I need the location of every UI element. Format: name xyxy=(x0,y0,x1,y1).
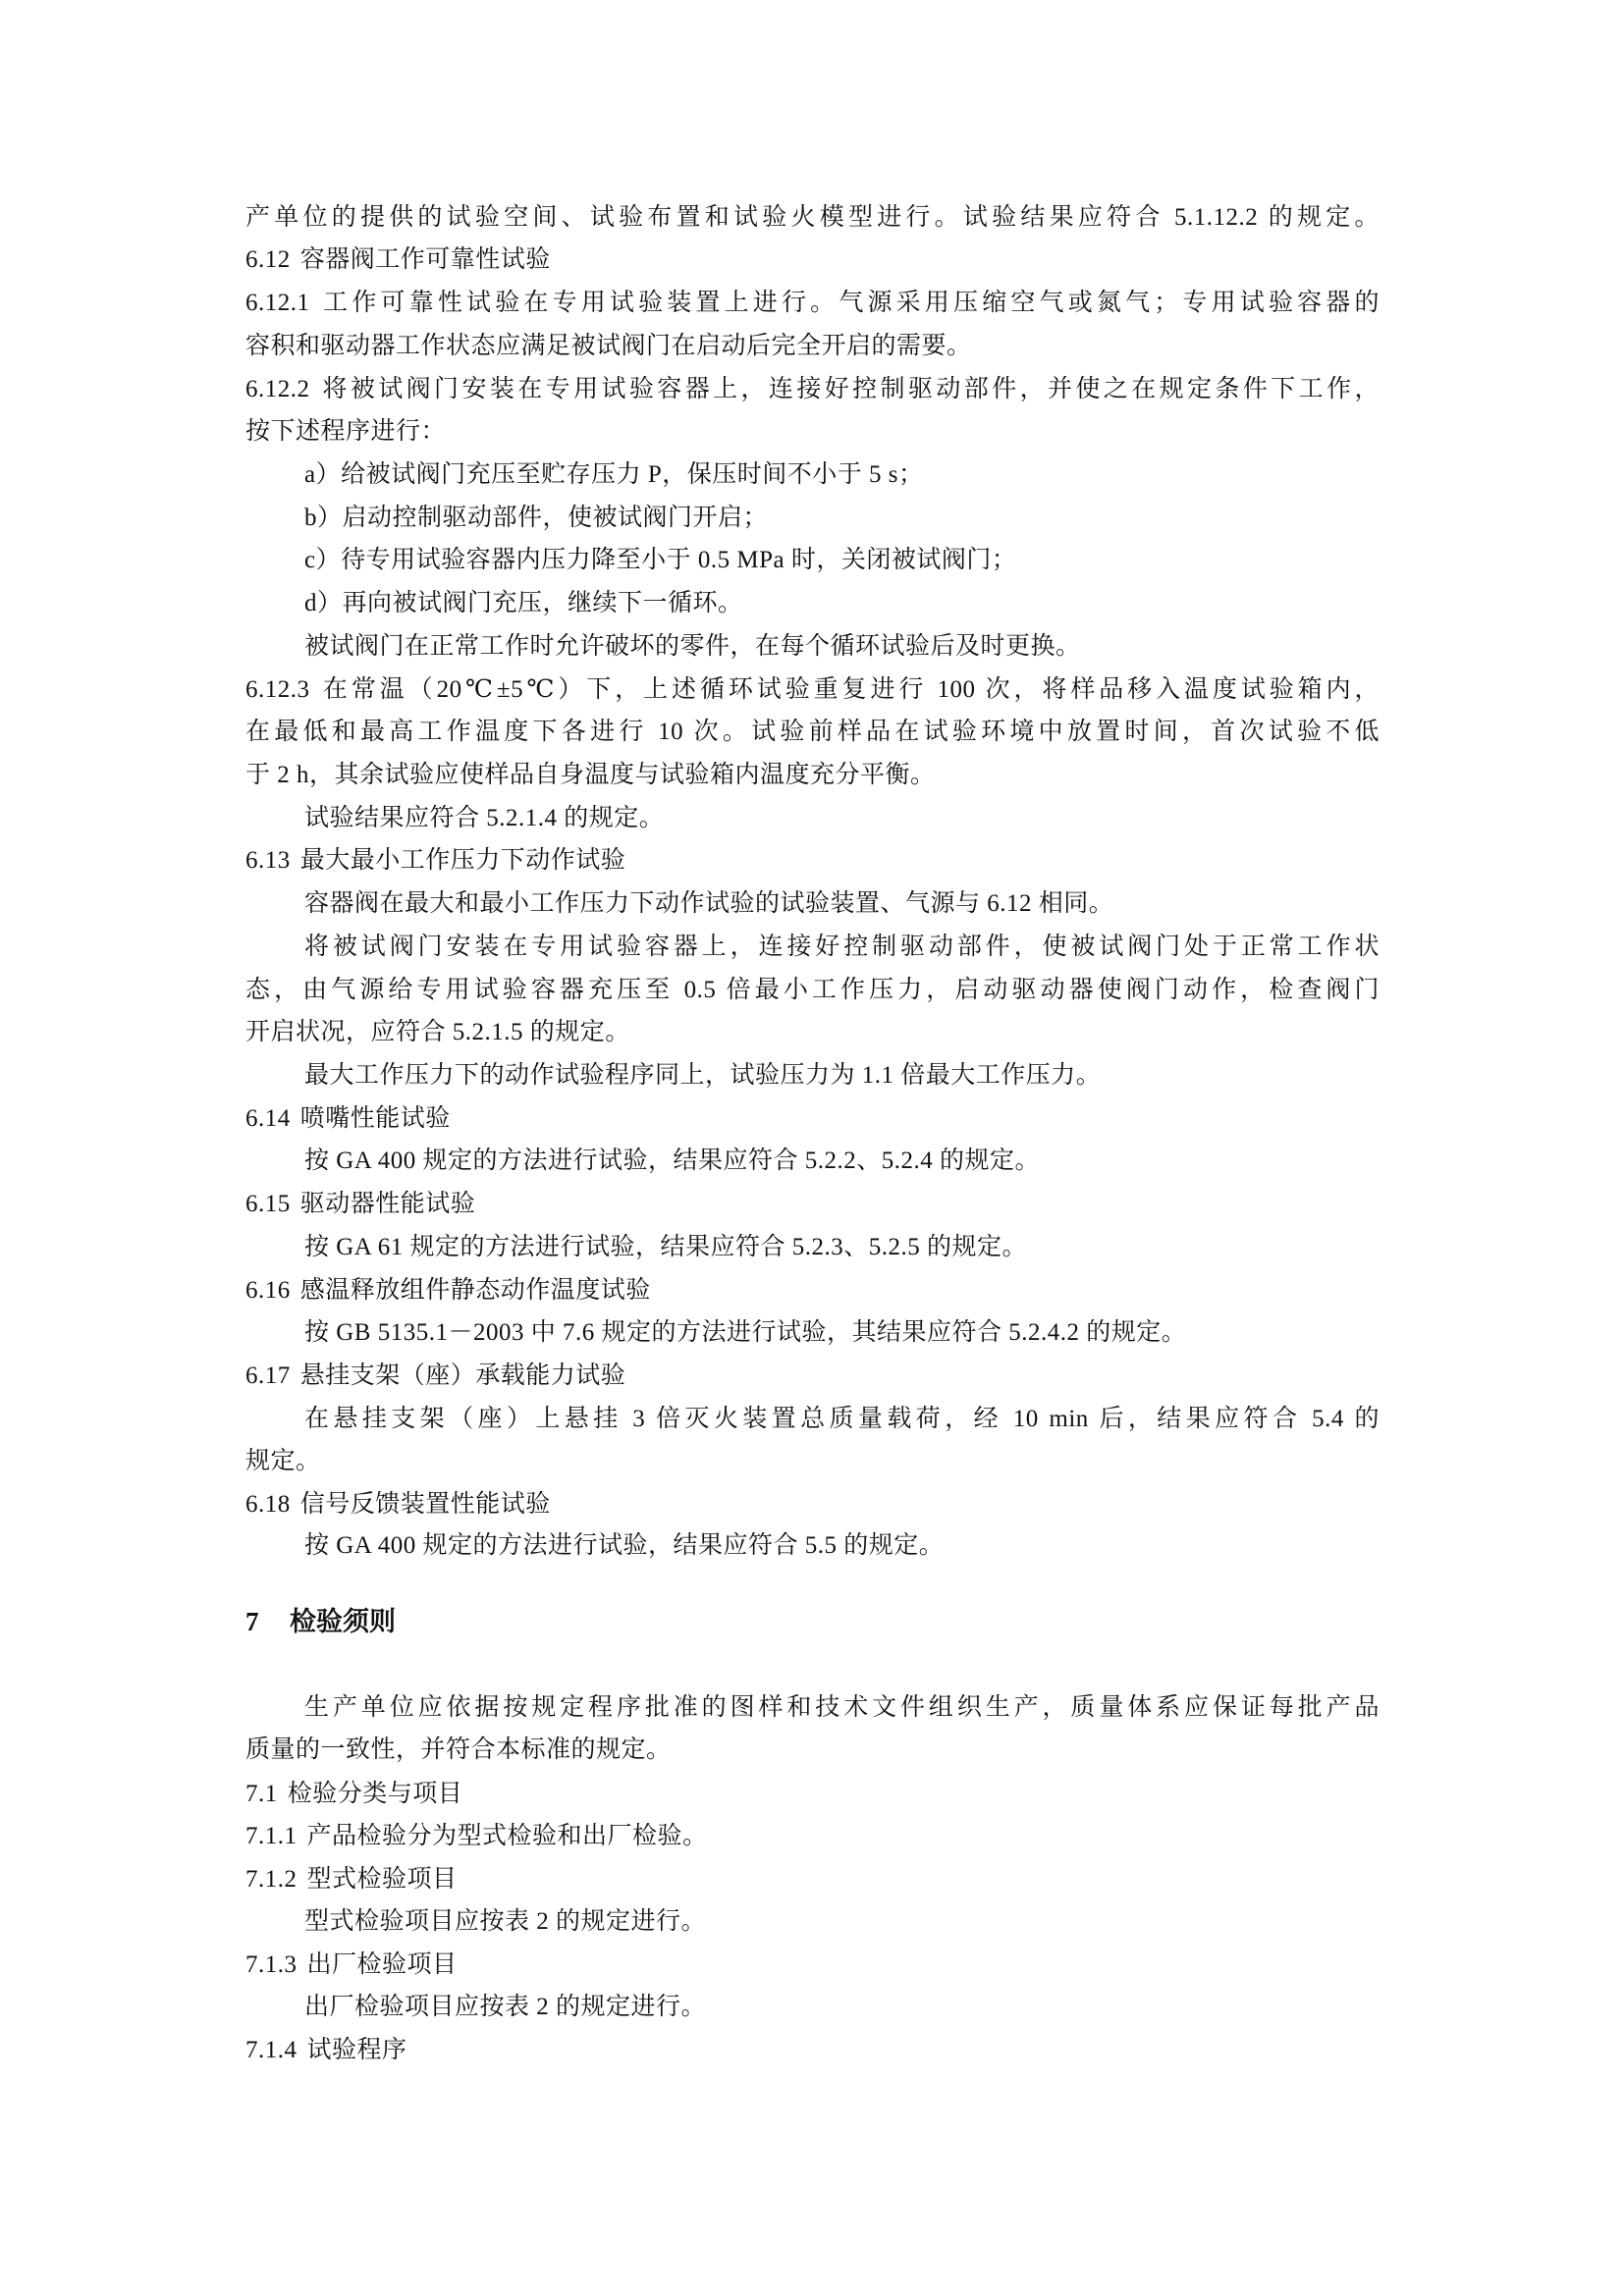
clause-number: 6.17 xyxy=(245,1362,291,1389)
paragraph-line: 试验结果应符合 5.2.1.4 的规定。 xyxy=(304,804,664,833)
clause-heading-7-1-4: 7.1.4试验程序 xyxy=(245,2036,407,2065)
clause-title: 驱动器性能试验 xyxy=(300,1191,476,1217)
clause-number: 6.13 xyxy=(245,847,291,874)
clause-number: 6.16 xyxy=(245,1277,291,1304)
paragraph-line: 容器阀在最大和最小工作压力下动作试验的试验装置、气源与 6.12 相同。 xyxy=(304,889,1113,919)
section-title: 检验须则 xyxy=(290,1607,396,1636)
clause-heading-6-18: 6.18信号反馈装置性能试验 xyxy=(245,1490,551,1520)
clause-number: 6.12.2 xyxy=(245,376,310,402)
clause-title: 信号反馈装置性能试验 xyxy=(300,1491,551,1518)
clause-6-12-2: 6.12.2将被试阀门安装在专用试验容器上，连接好控制驱动部件，并使之在规定条件… xyxy=(245,375,1380,404)
clause-title: 最大最小工作压力下动作试验 xyxy=(300,847,626,874)
clause-text: 产品检验分为型式检验和出厂检验。 xyxy=(307,1823,708,1849)
clause-number: 6.15 xyxy=(245,1191,291,1217)
list-item-b: b）启动控制驱动部件，使被试阀门开启； xyxy=(304,504,768,533)
paragraph-line: 于 2 h，其余试验应使样品自身温度与试验箱内温度充分平衡。 xyxy=(245,761,936,790)
paragraph-line: 规定。 xyxy=(245,1447,321,1476)
clause-text: 将被试阀门安装在专用试验容器上，连接好控制驱动部件，并使之在规定条件下工作， xyxy=(320,376,1380,402)
clause-number: 6.14 xyxy=(245,1105,291,1132)
section-heading-7: 7检验须则 xyxy=(245,1606,396,1637)
clause-heading-6-13: 6.13最大最小工作压力下动作试验 xyxy=(245,846,625,876)
list-item-d: d）再向被试阀门充压，继续下一循环。 xyxy=(304,589,743,618)
list-item-a: a）给被试阀门充压至贮存压力 P，保压时间不小于 5 s； xyxy=(304,460,923,490)
clause-heading-6-15: 6.15驱动器性能试验 xyxy=(245,1190,475,1219)
clause-text: 在常温（20℃±5℃）下，上述循环试验重复进行 100 次，将样品移入温度试验箱… xyxy=(320,676,1380,703)
clause-title: 型式检验项目 xyxy=(307,1866,458,1893)
clause-heading-6-12: 6.12容器阀工作可靠性试验 xyxy=(245,245,551,275)
clause-number: 7.1.3 xyxy=(245,1951,298,1978)
clause-text: 工作可靠性试验在专用试验装置上进行。气源采用压缩空气或氮气；专用试验容器的 xyxy=(320,290,1380,316)
clause-number: 6.12 xyxy=(245,246,291,273)
clause-number: 6.18 xyxy=(245,1491,291,1518)
clause-number: 6.12.1 xyxy=(245,290,310,316)
clause-title: 出厂检验项目 xyxy=(307,1951,458,1978)
clause-heading-7-1: 7.1检验分类与项目 xyxy=(245,1780,462,1809)
clause-number: 6.12.3 xyxy=(245,676,310,703)
clause-title: 试验程序 xyxy=(307,2037,407,2063)
clause-number: 7.1.2 xyxy=(245,1866,298,1893)
paragraph-line: 生产单位应依据按规定程序批准的图样和技术文件组织生产，质量体系应保证每批产品 xyxy=(304,1693,1380,1723)
paragraph-line: 态，由气源给专用试验容器充压至 0.5 倍最小工作压力，启动驱动器使阀门动作，检… xyxy=(245,976,1380,1005)
clause-title: 感温释放组件静态动作温度试验 xyxy=(300,1277,651,1304)
clause-heading-7-1-2: 7.1.2型式检验项目 xyxy=(245,1865,458,1895)
clause-7-1-1: 7.1.1产品检验分为型式检验和出厂检验。 xyxy=(245,1822,708,1851)
clause-heading-7-1-3: 7.1.3出厂检验项目 xyxy=(245,1950,458,1980)
paragraph-line: 按 GA 400 规定的方法进行试验，结果应符合 5.5 的规定。 xyxy=(304,1531,944,1561)
paragraph-line: 最大工作压力下的动作试验程序同上，试验压力为 1.1 倍最大工作压力。 xyxy=(304,1061,1101,1091)
clause-title: 喷嘴性能试验 xyxy=(300,1105,451,1132)
clause-number: 7.1 xyxy=(245,1781,278,1807)
paragraph-line: 产单位的提供的试验空间、试验布置和试验火模型进行。试验结果应符合 5.1.12.… xyxy=(245,203,1380,233)
clause-6-12-1: 6.12.1工作可靠性试验在专用试验装置上进行。气源采用压缩空气或氮气；专用试验… xyxy=(245,289,1380,318)
paragraph-line: 容积和驱动器工作状态应满足被试阀门在启动后完全开启的需要。 xyxy=(245,332,972,361)
clause-heading-6-17: 6.17悬挂支架（座）承载能力试验 xyxy=(245,1362,625,1391)
paragraph-line: 型式检验项目应按表 2 的规定进行。 xyxy=(304,1907,706,1937)
paragraph-line: 将被试阀门安装在专用试验容器上，连接好控制驱动部件，使被试阀门处于正常工作状 xyxy=(304,933,1380,962)
document-page: 产单位的提供的试验空间、试验布置和试验火模型进行。试验结果应符合 5.1.12.… xyxy=(0,0,1623,2296)
paragraph-line: 按 GA 61 规定的方法进行试验，结果应符合 5.2.3、5.2.5 的规定。 xyxy=(304,1233,1027,1262)
paragraph-line: 质量的一致性，并符合本标准的规定。 xyxy=(245,1735,672,1765)
paragraph-line: 按 GA 400 规定的方法进行试验，结果应符合 5.2.2、5.2.4 的规定… xyxy=(304,1147,1040,1176)
paragraph-line: 被试阀门在正常工作时允许破坏的零件，在每个循环试验后及时更换。 xyxy=(304,632,1081,662)
clause-heading-6-14: 6.14喷嘴性能试验 xyxy=(245,1104,451,1134)
paragraph-line: 开启状况，应符合 5.2.1.5 的规定。 xyxy=(245,1018,630,1047)
paragraph-line: 在悬挂支架（座）上悬挂 3 倍灭火装置总质量载荷，经 10 min 后，结果应符… xyxy=(304,1405,1380,1434)
section-number: 7 xyxy=(245,1606,290,1637)
clause-title: 悬挂支架（座）承载能力试验 xyxy=(300,1362,626,1389)
clause-heading-6-16: 6.16感温释放组件静态动作温度试验 xyxy=(245,1276,651,1306)
clause-number: 7.1.1 xyxy=(245,1823,298,1849)
clause-title: 容器阀工作可靠性试验 xyxy=(300,246,551,273)
paragraph-line: 在最低和最高工作温度下各进行 10 次。试验前样品在试验环境中放置时间，首次试验… xyxy=(245,718,1380,747)
clause-number: 7.1.4 xyxy=(245,2037,298,2063)
clause-6-12-3: 6.12.3在常温（20℃±5℃）下，上述循环试验重复进行 100 次，将样品移… xyxy=(245,675,1380,705)
clause-title: 检验分类与项目 xyxy=(288,1781,463,1807)
paragraph-line: 按 GB 5135.1－2003 中 7.6 规定的方法进行试验，其结果应符合 … xyxy=(304,1318,1186,1348)
paragraph-line: 按下述程序进行： xyxy=(245,417,446,447)
list-item-c: c）待专用试验容器内压力降至小于 0.5 MPa 时，关闭被试阀门； xyxy=(304,546,1016,575)
paragraph-line: 出厂检验项目应按表 2 的规定进行。 xyxy=(304,1993,706,2022)
